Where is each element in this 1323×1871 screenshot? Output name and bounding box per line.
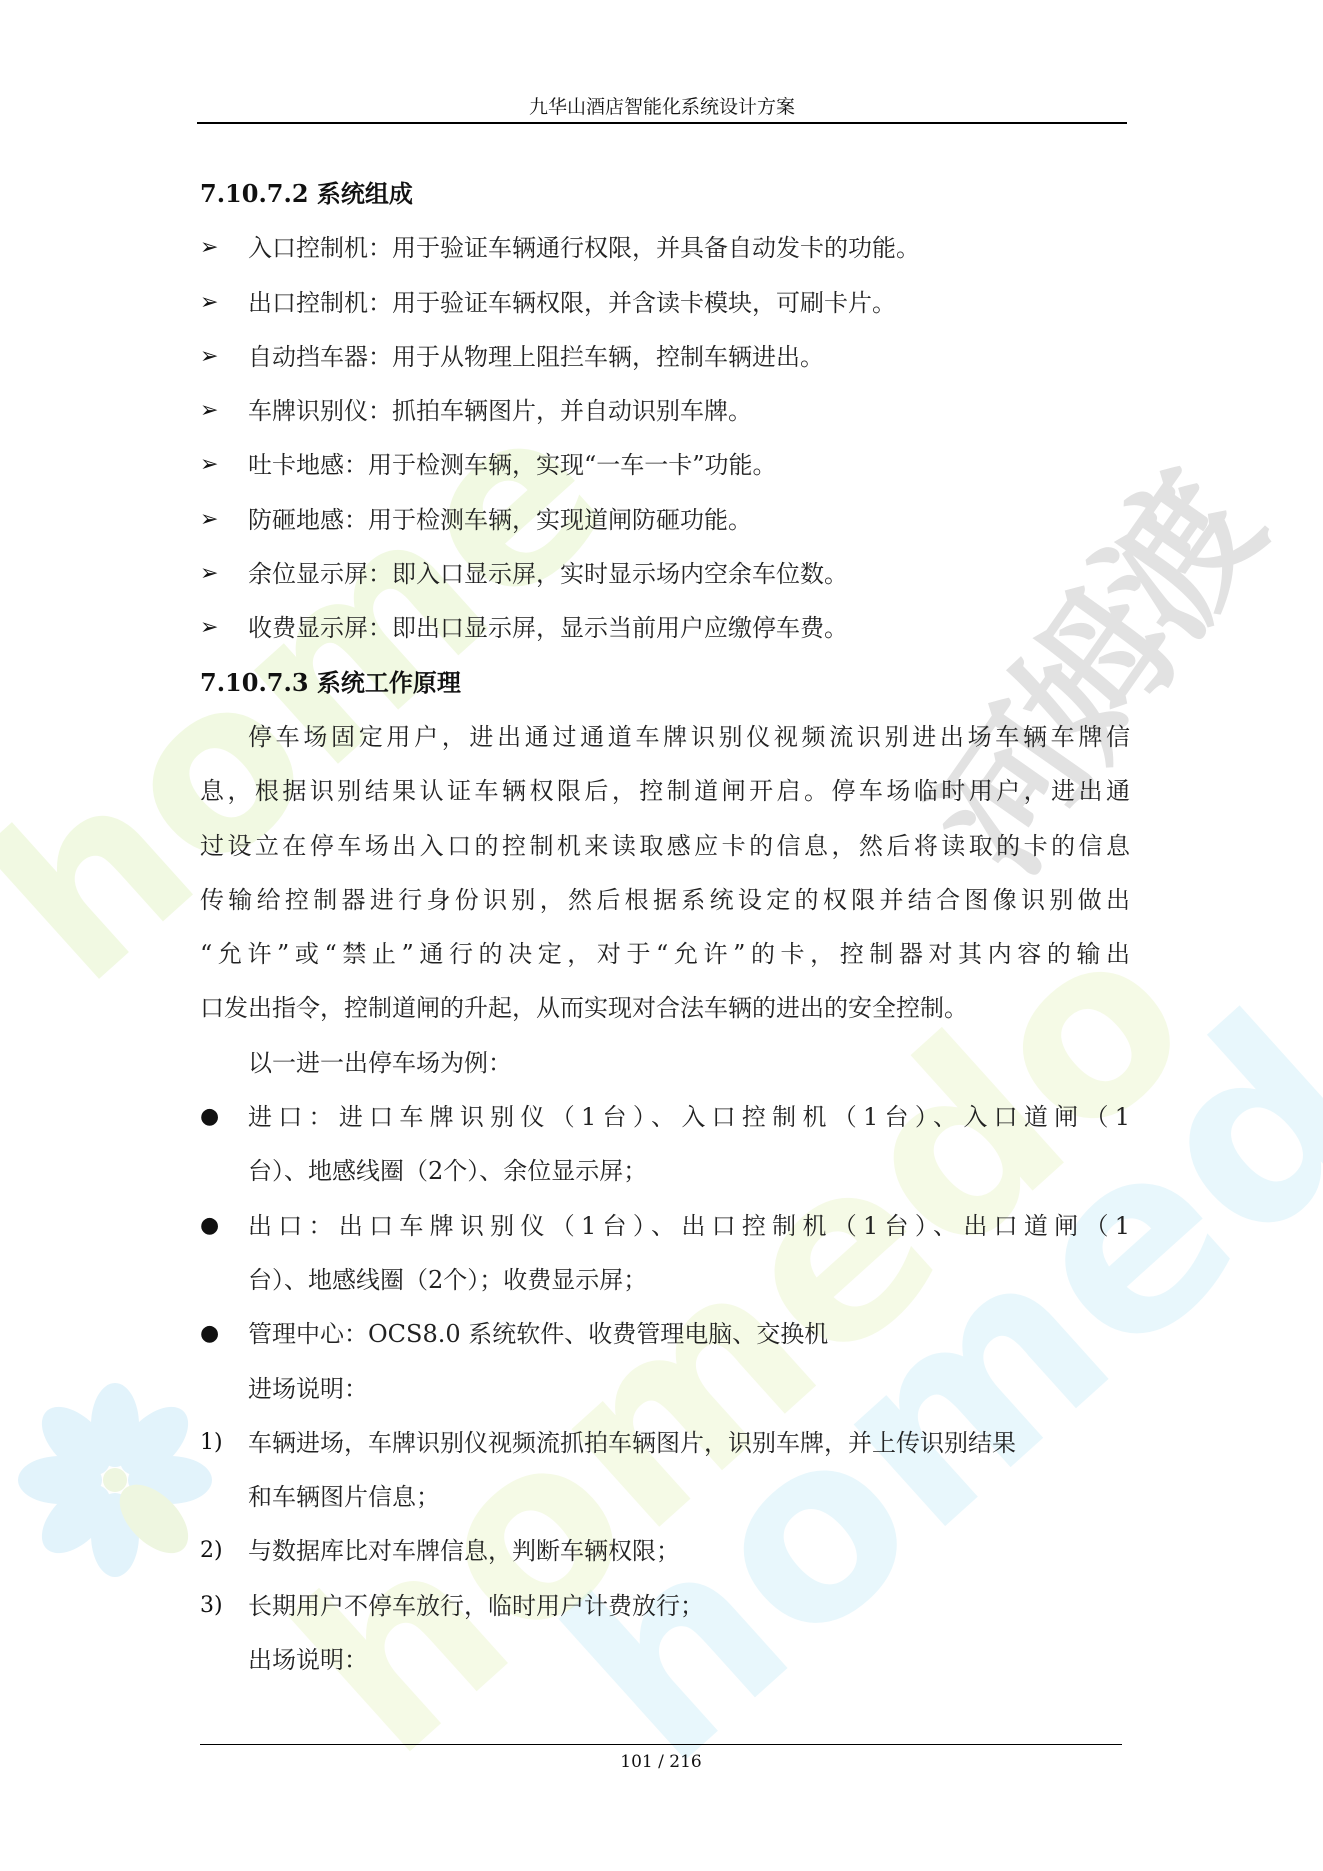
document-body: 7.10.7.2 系统组成 ➢ 入口控制机：用于验证车辆通行权限，并具备自动发卡… — [200, 167, 1130, 1687]
list-item: ➢ 入口控制机：用于验证车辆通行权限，并具备自动发卡的功能。 — [200, 221, 1130, 275]
bullet-item-text: 管理中心：OCS8.0 系统软件、收费管理电脑、交换机 — [248, 1320, 828, 1348]
list-item: ➢ 余位显示屏：即入口显示屏，实时显示场内空余车位数。 — [200, 547, 1130, 601]
dot-bullet-icon: ● — [200, 1199, 240, 1253]
footer-divider — [200, 1744, 1122, 1745]
paragraph-line: 息，根据识别结果认证车辆权限后，控制道闸开启。停车场临时用户，进出通 — [200, 764, 1130, 818]
numbered-step: 2) 与数据库比对车牌信息，判断车辆权限； — [200, 1524, 1130, 1578]
list-item: ➢ 收费显示屏：即出口显示屏，显示当前用户应缴停车费。 — [200, 601, 1130, 655]
dot-bullet-icon: ● — [200, 1090, 240, 1144]
arrow-bullet-icon: ➢ — [200, 330, 240, 384]
list-item-text: 出口控制机：用于验证车辆权限，并含读卡模块，可刷卡片。 — [248, 289, 896, 317]
header-divider — [197, 122, 1127, 124]
bullet-item: ● 出口：出口车牌识别仪（1台）、出口控制机（1台）、出口道闸（1 — [200, 1199, 1130, 1253]
section-heading: 7.10.7.3 系统工作原理 — [200, 656, 1130, 710]
bullet-item-continuation: 台）、地感线圈（2个）；收费显示屏； — [200, 1253, 1130, 1307]
arrow-bullet-icon: ➢ — [200, 493, 240, 547]
paragraph-line: 过设立在停车场出入口的控制机来读取感应卡的信息，然后将读取的卡的信息 — [200, 819, 1130, 873]
step-number: 1) — [200, 1416, 240, 1470]
dot-bullet-icon: ● — [200, 1307, 240, 1361]
list-item-text: 防砸地感：用于检测车辆，实现道闸防砸功能。 — [248, 506, 752, 534]
list-item-text: 车牌识别仪：抓拍车辆图片，并自动识别车牌。 — [248, 397, 752, 425]
list-item-text: 余位显示屏：即入口显示屏，实时显示场内空余车位数。 — [248, 560, 848, 588]
exit-description-label: 出场说明： — [200, 1633, 1130, 1687]
page-header-title: 九华山酒店智能化系统设计方案 — [197, 92, 1127, 119]
step-number: 3) — [200, 1579, 240, 1633]
list-item: ➢ 防砸地感：用于检测车辆，实现道闸防砸功能。 — [200, 493, 1130, 547]
step-number: 2) — [200, 1524, 240, 1578]
numbered-step: 1) 车辆进场，车牌识别仪视频流抓拍车辆图片，识别车牌，并上传识别结果 — [200, 1416, 1130, 1470]
arrow-bullet-icon: ➢ — [200, 438, 240, 492]
list-item: ➢ 吐卡地感：用于检测车辆，实现“一车一卡”功能。 — [200, 438, 1130, 492]
list-item-text: 收费显示屏：即出口显示屏，显示当前用户应缴停车费。 — [248, 614, 848, 642]
step-text: 车辆进场，车牌识别仪视频流抓拍车辆图片，识别车牌，并上传识别结果 — [248, 1429, 1016, 1457]
step-continuation: 和车辆图片信息； — [200, 1470, 1130, 1524]
numbered-step: 3) 长期用户不停车放行，临时用户计费放行； — [200, 1579, 1130, 1633]
arrow-bullet-icon: ➢ — [200, 221, 240, 275]
example-intro: 以一进一出停车场为例： — [200, 1036, 1130, 1090]
list-item-text: 入口控制机：用于验证车辆通行权限，并具备自动发卡的功能。 — [248, 234, 920, 262]
watermark-flower-icon — [15, 1380, 215, 1580]
step-text: 长期用户不停车放行，临时用户计费放行； — [248, 1592, 704, 1620]
list-item: ➢ 车牌识别仪：抓拍车辆图片，并自动识别车牌。 — [200, 384, 1130, 438]
page-number: 101 / 216 — [200, 1752, 1122, 1772]
paragraph-line: 停车场固定用户，进出通过通道车牌识别仪视频流识别进出场车辆车牌信 — [200, 710, 1130, 764]
step-text: 与数据库比对车牌信息，判断车辆权限； — [248, 1537, 680, 1565]
section-heading: 7.10.7.2 系统组成 — [200, 167, 1130, 221]
paragraph-line: “允许”或“禁止”通行的决定，对于“允许”的卡，控制器对其内容的输出 — [200, 927, 1130, 981]
arrow-bullet-icon: ➢ — [200, 276, 240, 330]
arrow-bullet-icon: ➢ — [200, 384, 240, 438]
bullet-item-text: 进口：进口车牌识别仪（1台）、入口控制机（1台）、入口道闸（1 — [248, 1103, 1130, 1131]
arrow-bullet-icon: ➢ — [200, 601, 240, 655]
bullet-item-continuation: 台）、地感线圈（2个）、余位显示屏； — [200, 1144, 1130, 1198]
list-item: ➢ 自动挡车器：用于从物理上阻拦车辆，控制车辆进出。 — [200, 330, 1130, 384]
arrow-bullet-icon: ➢ — [200, 547, 240, 601]
entry-description-label: 进场说明： — [200, 1362, 1130, 1416]
bullet-item-text: 出口：出口车牌识别仪（1台）、出口控制机（1台）、出口道闸（1 — [248, 1212, 1130, 1240]
bullet-item: ● 管理中心：OCS8.0 系统软件、收费管理电脑、交换机 — [200, 1307, 1130, 1361]
paragraph-line: 传输给控制器进行身份识别，然后根据系统设定的权限并结合图像识别做出 — [200, 873, 1130, 927]
list-item-text: 自动挡车器：用于从物理上阻拦车辆，控制车辆进出。 — [248, 343, 824, 371]
bullet-item: ● 进口：进口车牌识别仪（1台）、入口控制机（1台）、入口道闸（1 — [200, 1090, 1130, 1144]
list-item: ➢ 出口控制机：用于验证车辆权限，并含读卡模块，可刷卡片。 — [200, 276, 1130, 330]
list-item-text: 吐卡地感：用于检测车辆，实现“一车一卡”功能。 — [248, 451, 777, 479]
paragraph-line: 口发出指令，控制道闸的升起，从而实现对合法车辆的进出的安全控制。 — [200, 981, 1130, 1035]
